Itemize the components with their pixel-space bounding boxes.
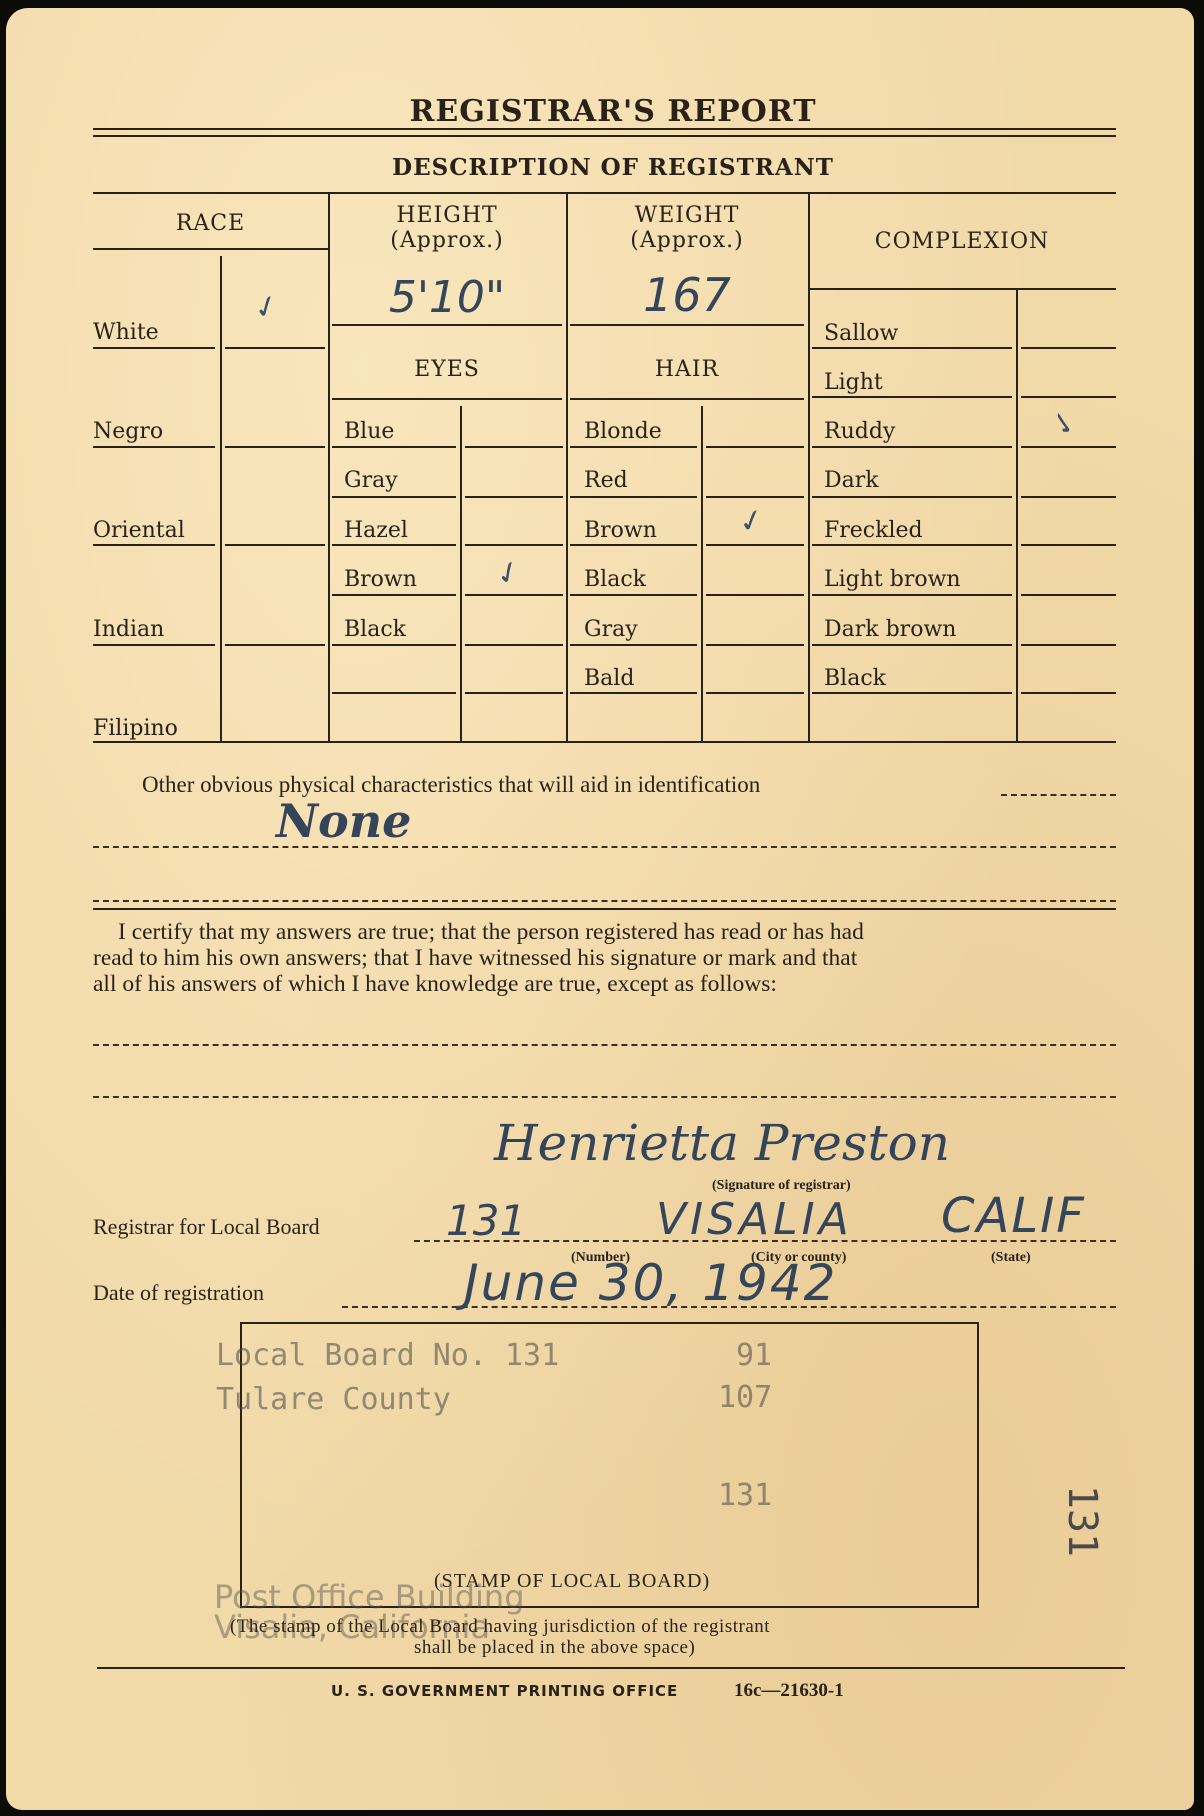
section-title: DESCRIPTION OF REGISTRANT bbox=[6, 154, 1204, 181]
height-value-line bbox=[332, 324, 562, 326]
printer-credit: U. S. GOVERNMENT PRINTING OFFICE bbox=[331, 1682, 678, 1700]
hair-option-red: Red bbox=[584, 468, 628, 493]
stamp-county-line: Tulare County bbox=[216, 1382, 451, 1417]
complexion-check-line bbox=[1021, 644, 1116, 646]
hair-row-line bbox=[570, 692, 697, 694]
hair-check-line bbox=[706, 594, 804, 596]
complexion-ruddy-checkmark[interactable]: ✓ bbox=[1044, 406, 1085, 442]
complexion-row-line bbox=[812, 396, 1012, 398]
certification-line-2: read to him his own answers; that I have… bbox=[93, 945, 857, 971]
complexion-row-line bbox=[812, 544, 1012, 546]
complexion-option-sallow: Sallow bbox=[824, 321, 898, 346]
eyes-check-line bbox=[465, 644, 563, 646]
complexion-check-line bbox=[1021, 594, 1116, 596]
certification-line-1: I certify that my answers are true; that… bbox=[118, 919, 864, 945]
complexion-check-line bbox=[1021, 544, 1116, 546]
complexion-check-divider bbox=[1016, 290, 1018, 741]
race-option-oriental: Oriental bbox=[93, 518, 185, 543]
form-code: 16c—21630-1 bbox=[734, 1678, 844, 1704]
weight-subheader: (Approx.) bbox=[566, 229, 808, 253]
local-board-city[interactable]: VISALIA bbox=[656, 1194, 853, 1245]
eyes-option-blue: Blue bbox=[344, 419, 394, 444]
eyes-check-divider bbox=[460, 406, 462, 741]
eyes-row-line bbox=[332, 496, 456, 498]
eyes-check-line bbox=[465, 446, 563, 448]
race-option-indian: Indian bbox=[93, 617, 164, 642]
hair-row-line bbox=[570, 594, 697, 596]
stamp-number-131: 131 bbox=[718, 1478, 772, 1513]
race-row-line bbox=[93, 544, 215, 546]
eyes-check-line bbox=[465, 496, 563, 498]
hair-option-blonde: Blonde bbox=[584, 419, 662, 444]
complexion-header-line bbox=[808, 288, 1116, 290]
complexion-row-line bbox=[812, 594, 1012, 596]
eyes-header: EYES bbox=[328, 358, 566, 382]
hair-brown-checkmark[interactable]: ✓ bbox=[735, 501, 768, 541]
race-check-line bbox=[225, 544, 325, 546]
eyes-row-line bbox=[332, 644, 456, 646]
complexion-check-line bbox=[1021, 496, 1116, 498]
complexion-row-line bbox=[812, 496, 1012, 498]
hair-row-line bbox=[570, 446, 697, 448]
margin-number: 131 bbox=[1059, 1485, 1105, 1557]
other-characteristics-leader bbox=[1001, 794, 1116, 796]
weight-value[interactable]: 167 bbox=[566, 268, 808, 322]
complexion-check-line bbox=[1021, 347, 1116, 349]
eyes-row-line bbox=[332, 544, 456, 546]
local-board-state[interactable]: CALIF bbox=[941, 1188, 1086, 1244]
hair-row-line bbox=[570, 644, 697, 646]
local-board-number[interactable]: 131 bbox=[446, 1196, 526, 1245]
hair-option-gray: Gray bbox=[584, 617, 638, 642]
weight-complexion-divider bbox=[808, 192, 810, 741]
stamp-number-107: 107 bbox=[718, 1380, 772, 1415]
race-check-line bbox=[225, 446, 325, 448]
title-divider-top bbox=[93, 128, 1116, 130]
complexion-row-line bbox=[812, 446, 1012, 448]
eyes-check-line bbox=[465, 692, 563, 694]
race-check-divider bbox=[220, 256, 222, 741]
eyes-header-line bbox=[332, 398, 562, 400]
registrar-signature[interactable]: Henrietta Preston bbox=[494, 1114, 950, 1172]
complexion-check-line bbox=[1021, 446, 1116, 448]
complexion-check-line bbox=[1021, 692, 1116, 694]
hair-header-line bbox=[570, 398, 804, 400]
hair-check-line bbox=[706, 644, 804, 646]
hair-option-black: Black bbox=[584, 567, 646, 592]
page-title: REGISTRAR'S REPORT bbox=[6, 94, 1204, 129]
section-divider bbox=[93, 908, 1116, 910]
eyes-check-line bbox=[465, 594, 563, 596]
race-option-negro: Negro bbox=[93, 419, 163, 444]
complexion-option-freckled: Freckled bbox=[824, 518, 923, 543]
eyes-option-brown: Brown bbox=[344, 567, 417, 592]
race-header-line bbox=[93, 248, 328, 250]
weight-value-line bbox=[570, 324, 804, 326]
complexion-option-ruddy: Ruddy bbox=[824, 419, 895, 444]
table-bottom-border bbox=[93, 741, 1116, 743]
eyes-row-line bbox=[332, 594, 456, 596]
hair-option-bald: Bald bbox=[584, 666, 634, 691]
footer-divider bbox=[97, 1667, 1125, 1669]
hair-check-line bbox=[706, 544, 804, 546]
eyes-check-line bbox=[465, 544, 563, 546]
complexion-option-black: Black bbox=[824, 666, 886, 691]
local-board-label: Registrar for Local Board bbox=[93, 1214, 320, 1240]
registration-date-value[interactable]: June 30, 1942 bbox=[464, 1254, 837, 1312]
certification-line-3: all of his answers of which I have knowl… bbox=[93, 971, 777, 997]
exceptions-line-1 bbox=[93, 1044, 1116, 1046]
height-header: HEIGHT bbox=[328, 204, 566, 228]
weight-header: WEIGHT bbox=[566, 204, 808, 228]
exceptions-line-2 bbox=[93, 1096, 1116, 1098]
other-characteristics-value[interactable]: None bbox=[276, 794, 411, 848]
hair-option-brown: Brown bbox=[584, 518, 657, 543]
eyes-option-gray: Gray bbox=[344, 468, 398, 493]
race-option-white: White bbox=[93, 320, 159, 345]
height-subheader: (Approx.) bbox=[328, 229, 566, 253]
other-characteristics-line-1 bbox=[93, 846, 1116, 848]
eyes-row-line bbox=[332, 692, 456, 694]
hair-row-line bbox=[570, 544, 697, 546]
hair-row-line bbox=[570, 496, 697, 498]
complexion-option-dark-brown: Dark brown bbox=[824, 617, 956, 642]
signature-caption: (Signature of registrar) bbox=[712, 1178, 851, 1194]
registration-date-label: Date of registration bbox=[93, 1280, 264, 1306]
complexion-option-light-brown: Light brown bbox=[824, 567, 961, 592]
hair-check-line bbox=[706, 446, 804, 448]
eyes-brown-checkmark[interactable]: ✓ bbox=[490, 552, 528, 594]
complexion-header: COMPLEXION bbox=[808, 230, 1116, 254]
hair-check-line bbox=[706, 496, 804, 498]
state-caption: (State) bbox=[991, 1250, 1031, 1266]
table-top-border bbox=[93, 192, 1116, 194]
complexion-option-light: Light bbox=[824, 370, 883, 395]
complexion-option-dark: Dark bbox=[824, 468, 879, 493]
eyes-option-hazel: Hazel bbox=[344, 518, 408, 543]
title-divider-bottom bbox=[93, 135, 1116, 137]
complexion-row-line bbox=[812, 692, 1012, 694]
stamp-note-line-2: shall be placed in the above space) bbox=[414, 1635, 695, 1661]
complexion-row-line bbox=[812, 347, 1012, 349]
race-check-line bbox=[225, 644, 325, 646]
race-header: RACE bbox=[93, 212, 328, 236]
race-option-filipino: Filipino bbox=[93, 716, 178, 741]
race-check-line bbox=[225, 347, 325, 349]
race-row-line bbox=[93, 644, 215, 646]
complexion-row-line bbox=[812, 644, 1012, 646]
hair-check-line bbox=[706, 692, 804, 694]
registrar-report-card: REGISTRAR'S REPORT DESCRIPTION OF REGIST… bbox=[6, 8, 1194, 1810]
stamp-number-91: 91 bbox=[736, 1338, 772, 1373]
stamp-board-line: Local Board No. 131 bbox=[216, 1338, 559, 1373]
other-characteristics-label: Other obvious physical characteristics t… bbox=[142, 772, 760, 798]
eyes-option-black: Black bbox=[344, 617, 406, 642]
complexion-check-line bbox=[1021, 396, 1116, 398]
other-characteristics-line-2 bbox=[93, 900, 1116, 902]
race-row-line bbox=[93, 347, 215, 349]
height-value[interactable]: 5'10" bbox=[328, 272, 566, 323]
eyes-row-line bbox=[332, 446, 456, 448]
race-white-checkmark[interactable]: ✓ bbox=[249, 287, 285, 328]
hair-header: HAIR bbox=[566, 358, 808, 382]
hair-check-divider bbox=[701, 406, 703, 741]
race-row-line bbox=[93, 446, 215, 448]
